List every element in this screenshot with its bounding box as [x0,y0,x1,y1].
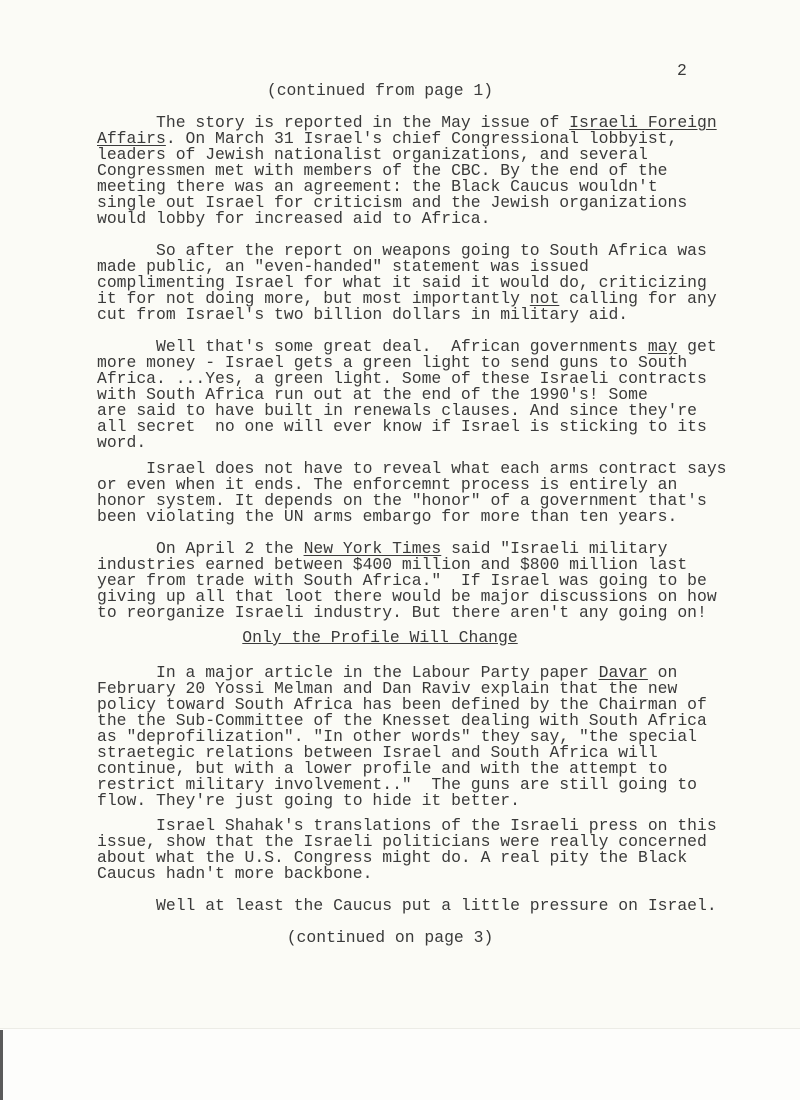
paragraph-lobby-agreement: The story is reported in the May issue o… [97,115,717,227]
text-line: all secret no one will ever know if Isra… [97,419,717,435]
text-line: to reorganize Israeli industry. But ther… [97,605,717,621]
paragraph-shahak-translations: Israel Shahak's translations of the Isra… [97,818,717,882]
text-line: been violating the UN arms embargo for m… [97,509,727,525]
paragraph-caucus-pressure: Well at least the Caucus put a little pr… [97,898,717,914]
page-number: 2 [677,63,687,79]
section-heading: Only the Profile Will Change [0,630,760,646]
text-line: Caucus hadn't more backbone. [97,866,717,882]
text-line: Well at least the Caucus put a little pr… [97,898,717,914]
scan-left-edge-shadow [0,1030,3,1100]
text-line: flow. They're just going to hide it bett… [97,793,707,809]
paragraph-new-york-times: On April 2 the New York Times said "Isra… [97,541,717,621]
text-line: cut from Israel's two billion dollars in… [97,307,717,323]
continued-from-note: (continued from page 1) [0,83,760,99]
continued-on-note: (continued on page 3) [0,930,780,946]
text-line: word. [97,435,717,451]
scan-page-edge-line [0,1028,800,1029]
paragraph-even-handed-statement: So after the report on weapons going to … [97,243,717,323]
paragraph-davar-article: In a major article in the Labour Party p… [97,665,707,809]
text-line: would lobby for increased aid to Africa. [97,211,717,227]
paragraph-great-deal: Well that's some great deal. African gov… [97,339,717,451]
paragraph-honor-system: Israel does not have to reveal what each… [97,461,727,525]
document-page: 2 (continued from page 1) The story is r… [0,0,800,1028]
